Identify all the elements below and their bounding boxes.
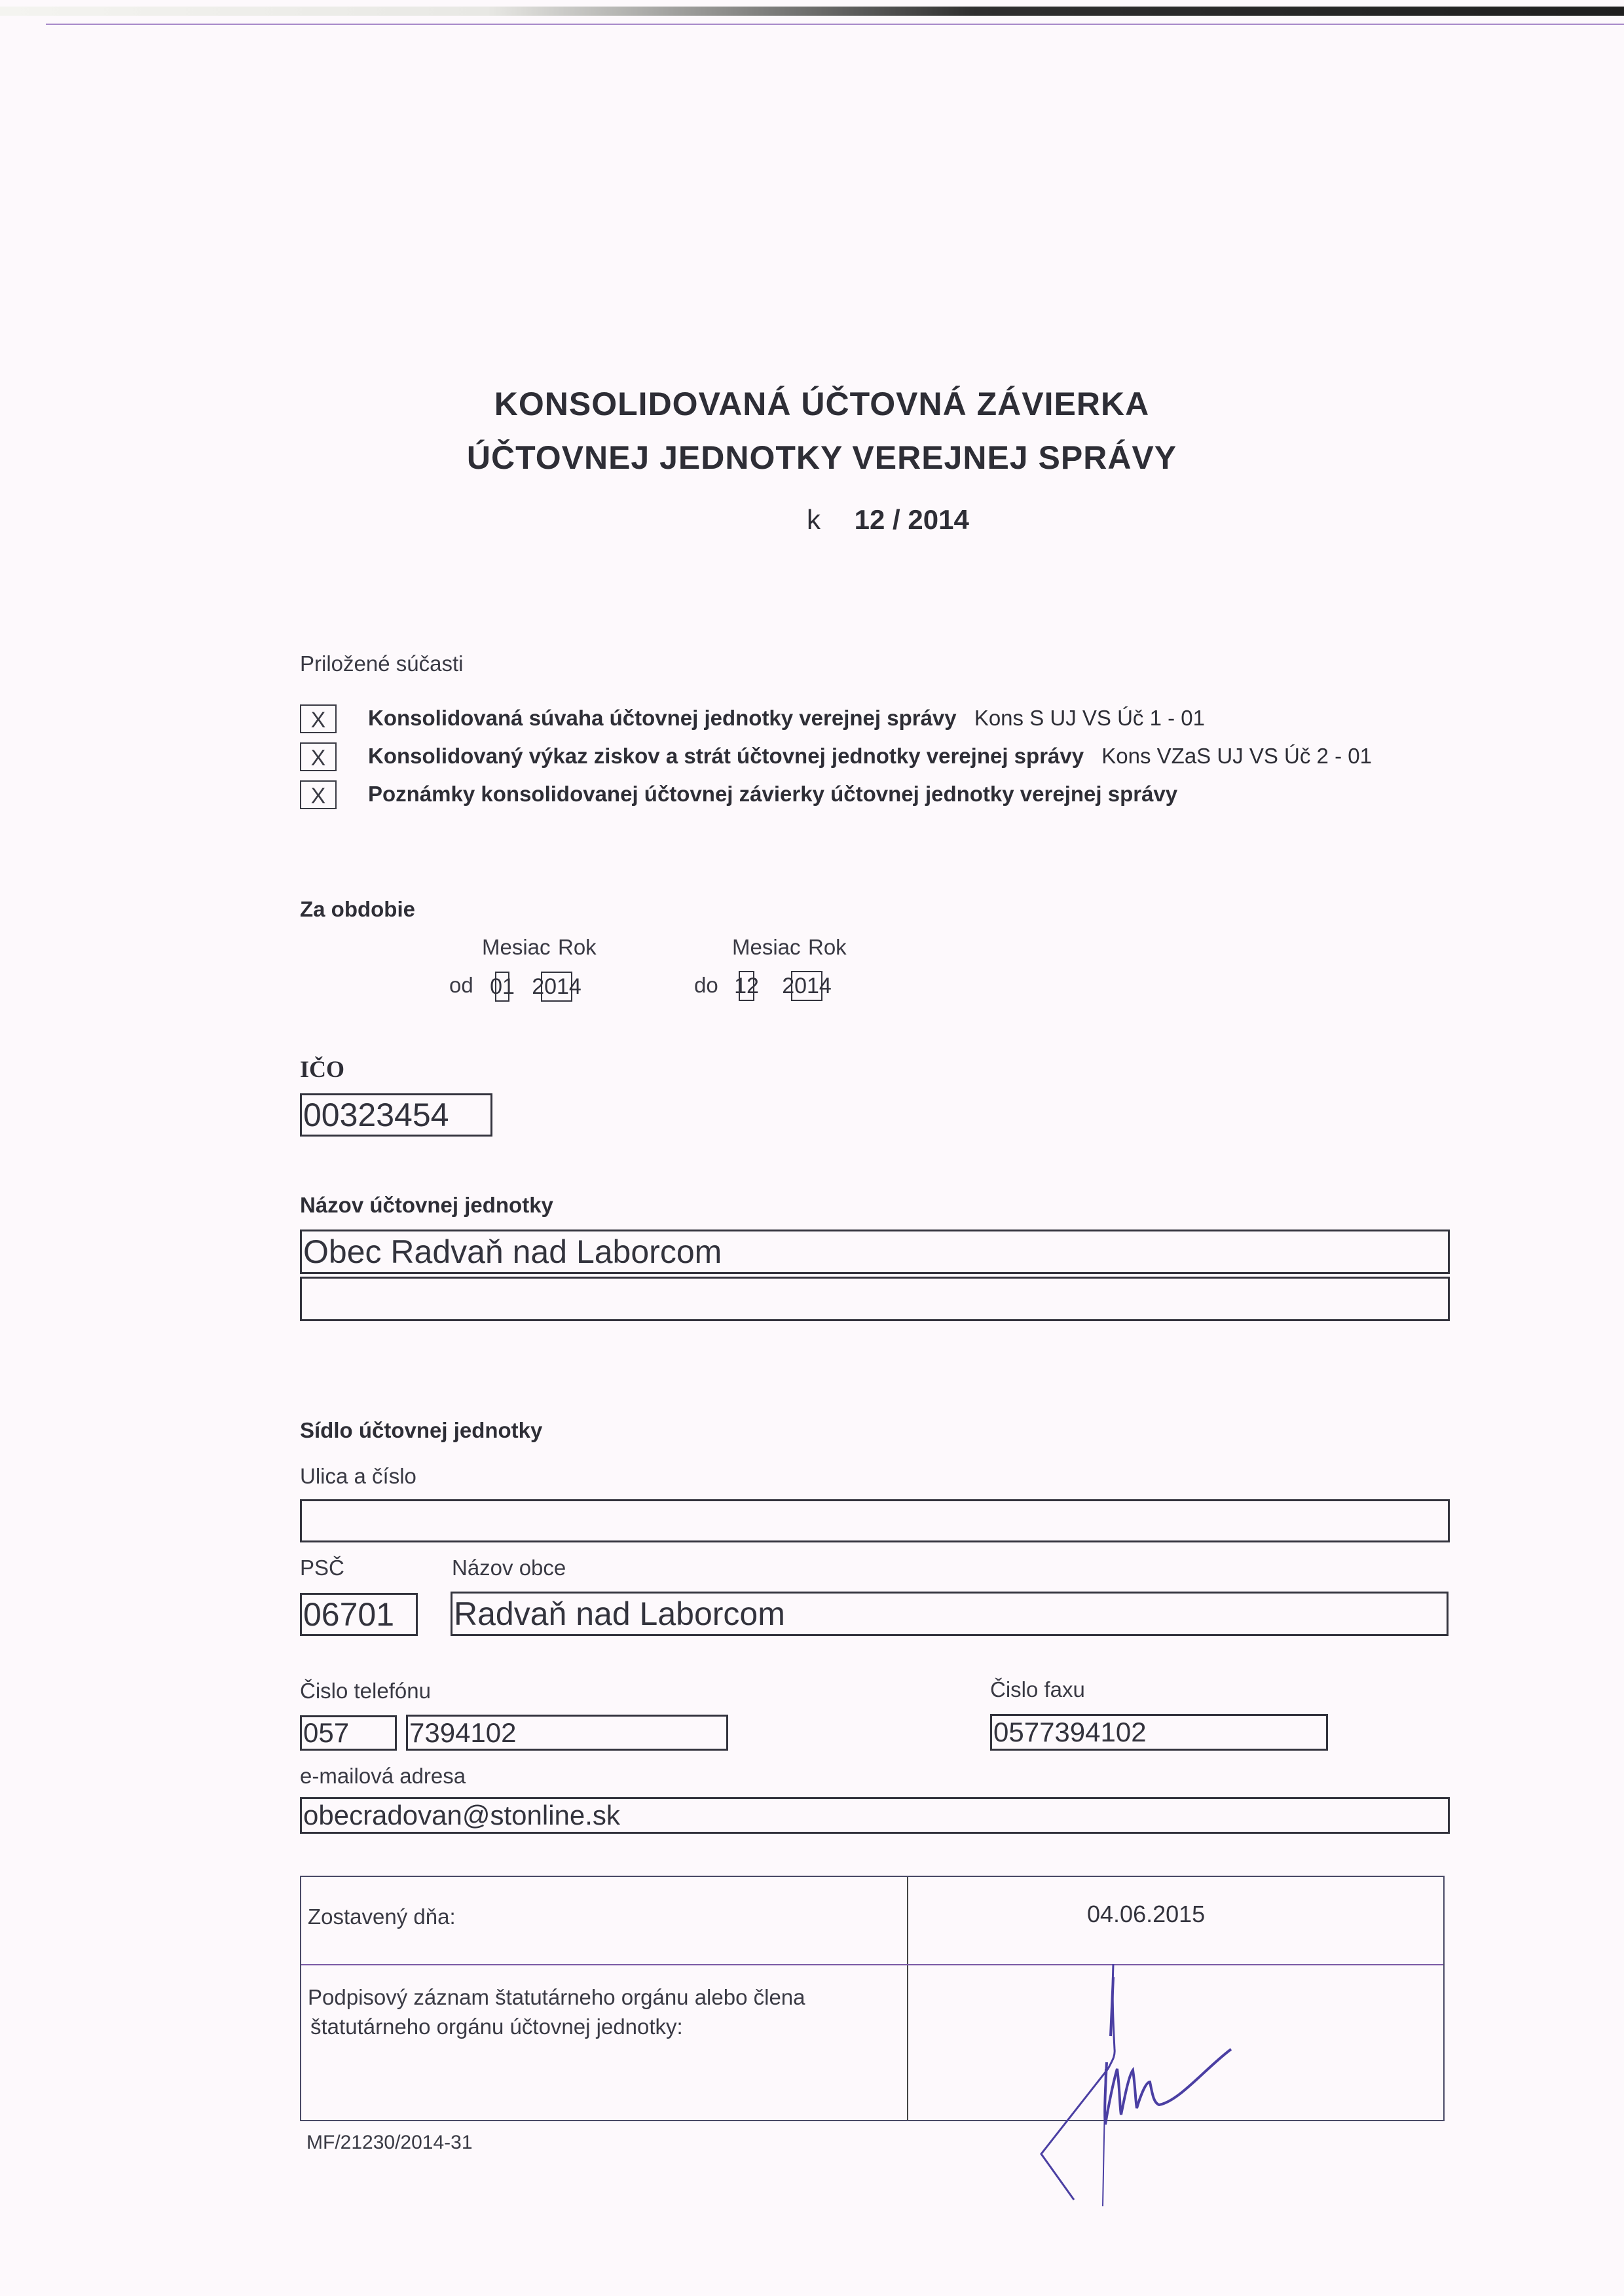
top-rule xyxy=(46,24,1624,25)
attachment-checkbox-notes[interactable]: X xyxy=(300,780,337,809)
fax-field[interactable]: 0577394102 xyxy=(990,1714,1328,1751)
fax-label: Čislo faxu xyxy=(990,1677,1085,1702)
attachment-title: Konsolidovaná súvaha účtovnej jednotky v… xyxy=(368,706,957,730)
from-year-label: Rok xyxy=(558,935,597,960)
entity-name-line1-field[interactable]: Obec Radvaň nad Laborcom xyxy=(300,1230,1450,1274)
attachment-title: Poznámky konsolidovanej účtovnej závierk… xyxy=(368,782,1177,806)
address-heading: Sídlo účtovnej jednotky xyxy=(300,1418,542,1443)
compiled-date-value: 04.06.2015 xyxy=(1087,1901,1205,1928)
attachment-checkbox-balance[interactable]: X xyxy=(300,704,337,733)
attachments-heading: Priložené súčasti xyxy=(300,651,463,676)
scan-edge-shadow xyxy=(0,7,1624,16)
from-label: od xyxy=(449,973,473,998)
period-heading: k 12 / 2014 xyxy=(807,504,969,536)
table-column-divider xyxy=(907,1877,908,2120)
phone-label: Čislo telefónu xyxy=(300,1679,431,1704)
city-field[interactable]: Radvaň nad Laborcom xyxy=(451,1592,1449,1636)
to-month-label: Mesiac xyxy=(732,935,801,960)
street-label: Ulica a číslo xyxy=(300,1464,416,1489)
psc-label: PSČ xyxy=(300,1556,344,1580)
document-title-line1: KONSOLIDOVANÁ ÚČTOVNÁ ZÁVIERKA xyxy=(363,385,1280,423)
attachment-checkbox-profit-loss[interactable]: X xyxy=(300,742,337,771)
document-title-line2: ÚČTOVNEJ JEDNOTKY VEREJNEJ SPRÁVY xyxy=(363,439,1280,477)
to-year-field[interactable]: 2014 xyxy=(791,971,822,1001)
handwritten-signature-icon xyxy=(1022,1958,1297,2206)
email-label: e-mailová adresa xyxy=(300,1764,466,1789)
psc-field[interactable]: 06701 xyxy=(300,1593,418,1636)
attachment-code: Kons S UJ VS Úč 1 - 01 xyxy=(974,706,1205,730)
attachment-label-profit-loss: Konsolidovaný výkaz ziskov a strát účtov… xyxy=(368,744,1372,769)
from-month-field[interactable]: 01 xyxy=(495,972,509,1002)
from-month-label: Mesiac xyxy=(482,935,551,960)
period-prefix: k xyxy=(807,504,821,535)
email-field[interactable]: obecradovan@stonline.sk xyxy=(300,1797,1450,1834)
street-field[interactable] xyxy=(300,1499,1450,1542)
ico-field[interactable]: 00323454 xyxy=(300,1093,492,1137)
signature-label-line1: Podpisový záznam štatutárneho orgánu ale… xyxy=(308,1985,805,2010)
form-code: MF/21230/2014-31 xyxy=(306,2132,473,2154)
attachment-label-notes: Poznámky konsolidovanej účtovnej závierk… xyxy=(368,782,1177,807)
period-section-heading: Za obdobie xyxy=(300,897,415,922)
to-month-field[interactable]: 12 xyxy=(739,971,754,1001)
compiled-date-label: Zostavený dňa: xyxy=(308,1904,456,1929)
entity-name-line2-field[interactable] xyxy=(300,1277,1450,1321)
from-year-field[interactable]: 2014 xyxy=(541,972,572,1002)
city-label: Názov obce xyxy=(452,1556,566,1580)
to-year-label: Rok xyxy=(808,935,847,960)
ico-label: IČO xyxy=(300,1055,344,1083)
phone-prefix-field[interactable]: 057 xyxy=(300,1715,397,1751)
attachment-label-balance: Konsolidovaná súvaha účtovnej jednotky v… xyxy=(368,706,1205,731)
entity-name-label: Názov účtovnej jednotky xyxy=(300,1193,553,1218)
signature-label-line2: štatutárneho orgánu účtovnej jednotky: xyxy=(310,2014,683,2039)
phone-number-field[interactable]: 7394102 xyxy=(406,1715,728,1751)
period-value: 12 / 2014 xyxy=(855,504,969,535)
attachment-title: Konsolidovaný výkaz ziskov a strát účtov… xyxy=(368,744,1084,768)
to-label: do xyxy=(694,973,718,998)
attachment-code: Kons VZaS UJ VS Úč 2 - 01 xyxy=(1101,744,1372,768)
